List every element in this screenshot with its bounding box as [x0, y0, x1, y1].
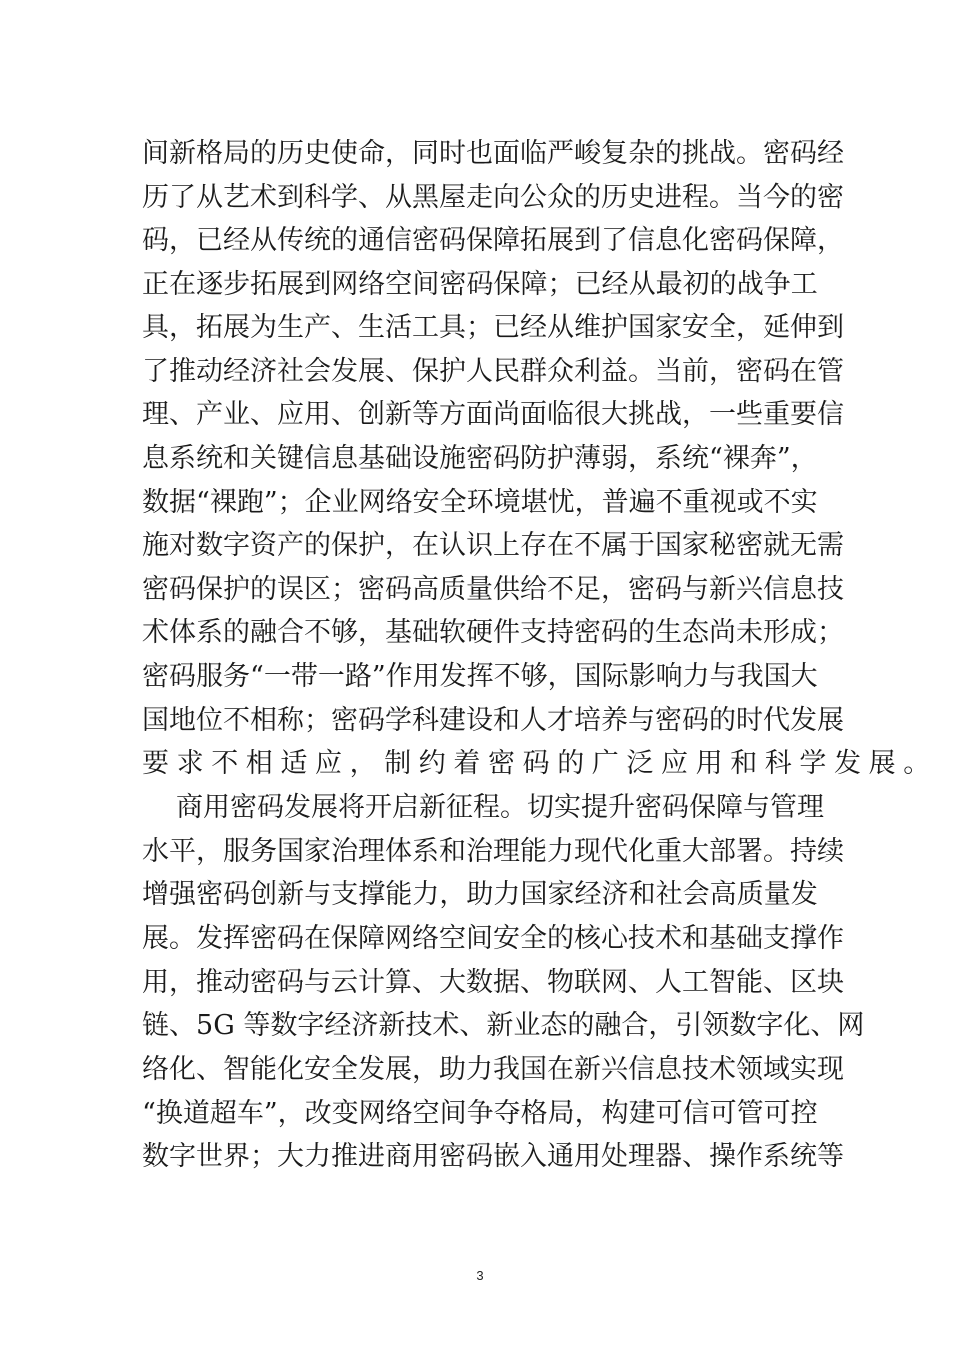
text-line: 具，拓展为生产、生活工具；已经从维护国家安全，延伸到 — [142, 311, 818, 345]
text-line: 链、5G 等数字经济新技术、新业态的融合，引领数字化、网 — [142, 1009, 818, 1043]
text-line: 商用密码发展将开启新征程。切实提升密码保障与管理 — [176, 791, 818, 825]
text-line: 间新格局的历史使命，同时也面临严峻复杂的挑战。密码经 — [142, 137, 818, 171]
text-line: 术体系的融合不够，基础软硬件支持密码的生态尚未形成； — [142, 616, 818, 650]
text-line: 理、产业、应用、创新等方面尚面临很大挑战，一些重要信 — [142, 398, 818, 432]
text-line: 络化、智能化安全发展，助力我国在新兴信息技术领域实现 — [142, 1053, 818, 1087]
text-line: 施对数字资产的保护，在认识上存在不属于国家秘密就无需 — [142, 529, 818, 563]
text-line: 国地位不相称；密码学科建设和人才培养与密码的时代发展 — [142, 704, 818, 738]
text-line: 用，推动密码与云计算、大数据、物联网、人工智能、区块 — [142, 966, 818, 1000]
text-line: 要求不相适应，制约着密码的广泛应用和科学发展。 — [142, 747, 818, 781]
text-line: 息系统和关键信息基础设施密码防护薄弱，系统“裸奔”， — [142, 442, 818, 476]
text-line: 数字世界；大力推进商用密码嵌入通用处理器、操作系统等 — [142, 1140, 818, 1174]
text-line: 了推动经济社会发展、保护人民群众利益。当前，密码在管 — [142, 355, 818, 389]
text-line: “换道超车”，改变网络空间争夺格局，构建可信可管可控 — [142, 1097, 818, 1131]
text-line: 展。发挥密码在保障网络空间安全的核心技术和基础支撑作 — [142, 922, 818, 956]
document-page: 间新格局的历史使命，同时也面临严峻复杂的挑战。密码经 历了从艺术到科学、从黑屋走… — [0, 0, 960, 1358]
text-line: 密码服务“一带一路”作用发挥不够，国际影响力与我国大 — [142, 660, 818, 694]
text-line: 密码保护的误区；密码高质量供给不足，密码与新兴信息技 — [142, 573, 818, 607]
text-line: 码，已经从传统的通信密码保障拓展到了信息化密码保障， — [142, 224, 818, 258]
text-line: 增强密码创新与支撑能力，助力国家经济和社会高质量发 — [142, 878, 818, 912]
text-line: 水平，服务国家治理体系和治理能力现代化重大部署。持续 — [142, 835, 818, 869]
page-number: 3 — [470, 1268, 490, 1283]
text-line: 数据“裸跑”；企业网络安全环境堪忧，普遍不重视或不实 — [142, 486, 818, 520]
text-line: 历了从艺术到科学、从黑屋走向公众的历史进程。当今的密 — [142, 181, 818, 215]
text-line: 正在逐步拓展到网络空间密码保障；已经从最初的战争工 — [142, 268, 818, 302]
